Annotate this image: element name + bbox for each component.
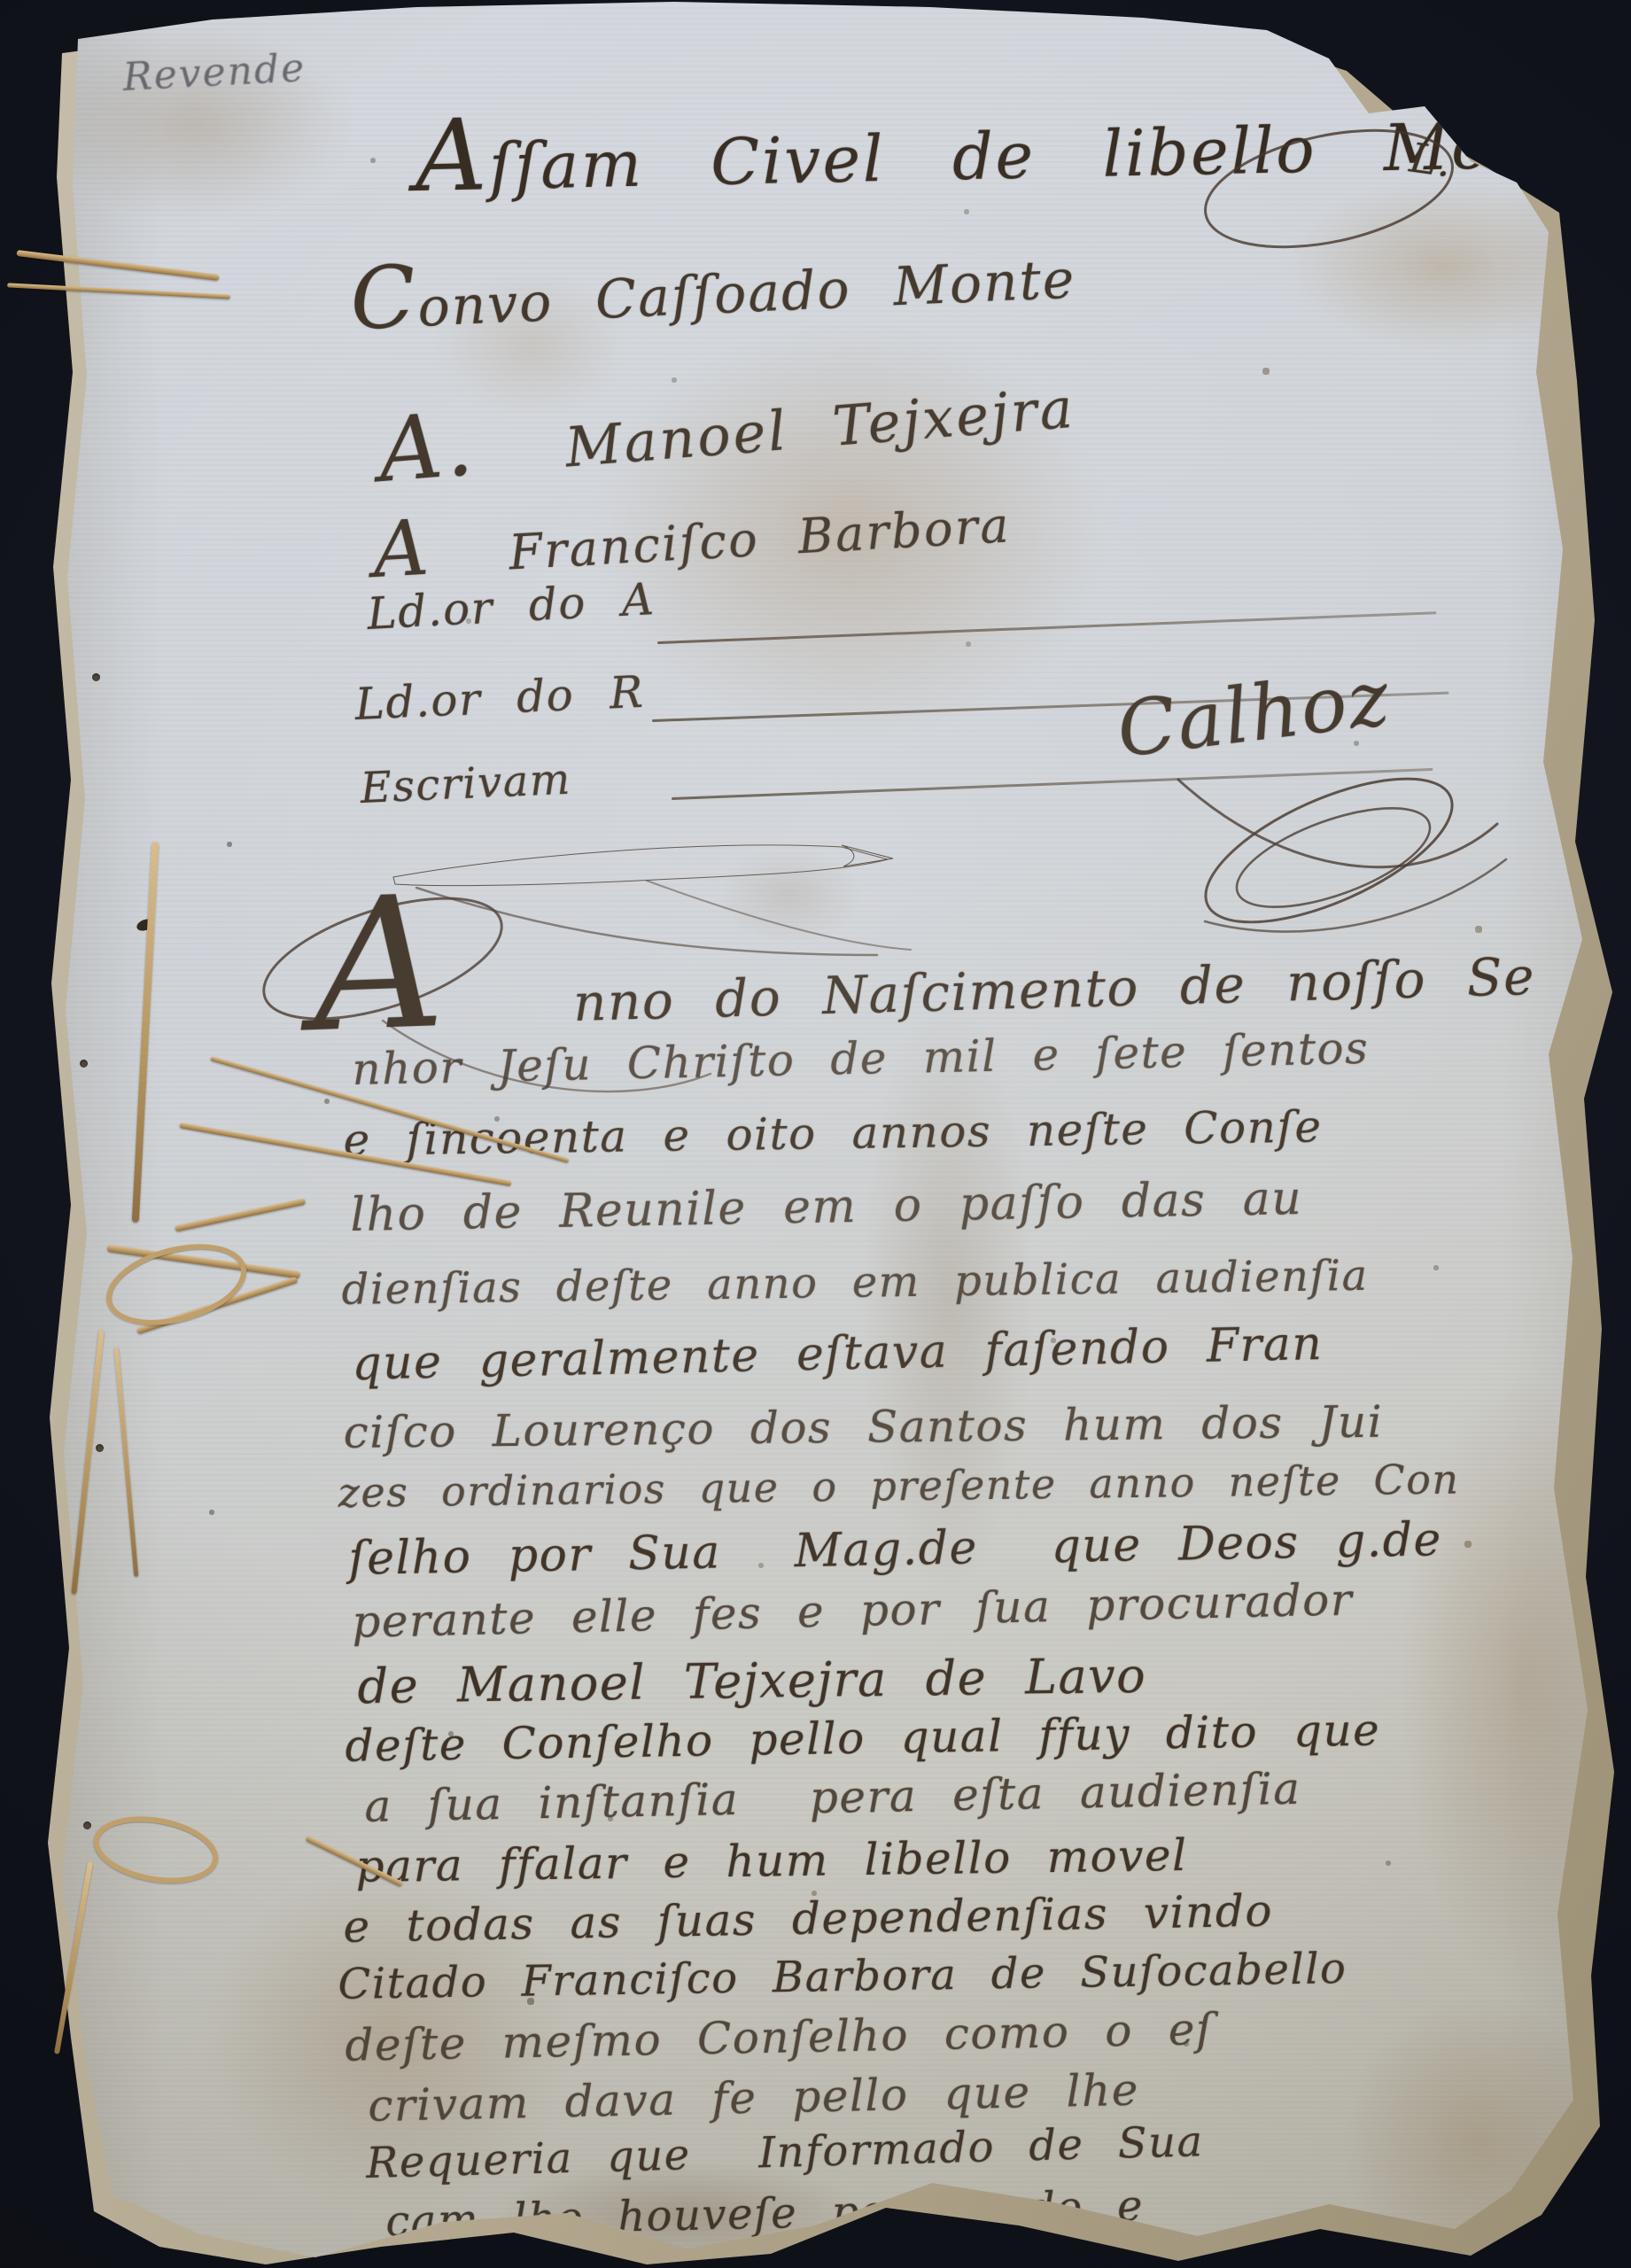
case-subtitle: Convo Caſſoado Monte [348, 218, 1077, 349]
signature-flourish [1125, 744, 1515, 948]
sewing-hole [83, 1821, 91, 1829]
foxing-specks [0, 0, 2, 2]
heading-flourish [1187, 105, 1471, 273]
photograph: Revende Aſſam Civel de libello Movel L. … [0, 0, 1631, 2268]
corner-annotation: Revende [121, 45, 307, 100]
role-advocate-defendant: Ld.or do R [353, 666, 645, 730]
manuscript-line: de Manoel Tejxejra de Lavo [357, 1648, 1146, 1714]
manuscript-line: deſte meſmo Conſelho como o eſ [345, 2003, 1214, 2071]
sewing-hole [92, 673, 100, 681]
manuscript-line: deſte Conſelho pello qual ffuy dito que [345, 1705, 1381, 1772]
manuscript-line: perante elle fes e por ſua procurador [352, 1573, 1354, 1648]
ink-rule [657, 611, 1436, 644]
manuscript-line: dienſias deſte anno em publica audienſia [341, 1251, 1369, 1315]
sewing-hole [96, 1444, 104, 1452]
drop-cap-initial: A [310, 882, 448, 1050]
manuscript-line: a ſua inſtanſia pera eſta audienſia [364, 1763, 1301, 1832]
manuscript-line: para ffalar e hum libello movel [355, 1829, 1188, 1892]
manuscript-line: Citado Franciſco Barbora de Suſocabello [338, 1944, 1348, 2009]
folio-mark: L. [1407, 134, 1456, 187]
manuscript-line: que geralmente eſtava faſendo Fran [352, 1317, 1324, 1391]
manuscript-line: e todas as ſuas dependenſias vindo [343, 1885, 1273, 1953]
sewing-hole [80, 1060, 88, 1068]
role-scribe: Escrivam [360, 755, 572, 813]
manuscript-line: ciſco Lourenço dos Santos hum dos Jui [343, 1396, 1383, 1458]
manuscript-line: zes ordinarios que o preſente anno neſte… [338, 1456, 1459, 1517]
